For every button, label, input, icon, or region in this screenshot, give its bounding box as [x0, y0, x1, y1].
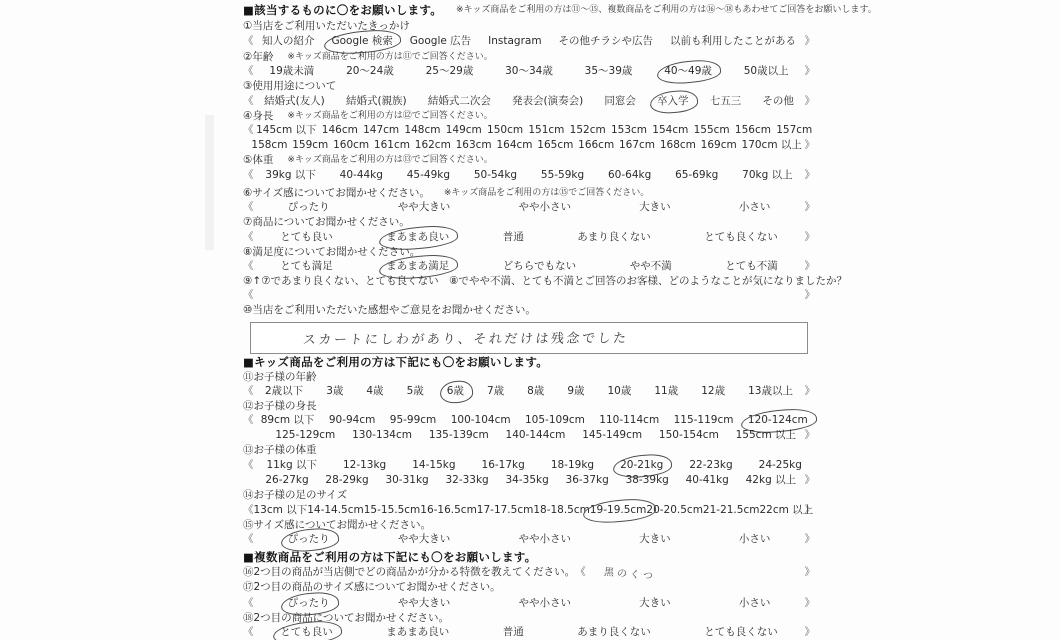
options-group: 11kg 以下12-13kg14-15kg16-17kg18-19kg20-21… [254, 459, 816, 472]
options-group: 19歳未満20～24歳25～29歳30～34歳35～39歳40～49歳50歳以上 [254, 65, 805, 78]
option: 130-134cm [352, 429, 412, 442]
option: ぴったり [288, 201, 330, 214]
open-bracket: 《 [243, 231, 254, 244]
option: 155cm [694, 124, 730, 137]
question-note: ※キッズ商品をご利用の方は⑮でご回答ください。 [444, 187, 649, 200]
answer-options-row: 《とても良いまあまあ良い普通あまり良くないとても良くない》 [243, 626, 815, 639]
answer-options-row: 《13cm 以下14-14.5cm15-15.5cm16-16.5cm17-17… [243, 504, 815, 517]
option-circled: まあまあ満足 [386, 260, 449, 273]
option: Instagram [488, 35, 541, 48]
open-bracket: 《 [243, 504, 254, 517]
option: やや大きい [398, 533, 451, 546]
close-bracket: 》 [805, 626, 816, 639]
option: 19歳未満 [269, 65, 314, 78]
options-group: ぴったりやや大きいやや小さい大きい小さい [254, 597, 805, 610]
options-group: 89cm 以下90-94cm95-99cm100-104cm105-109cm1… [254, 414, 816, 427]
answer-options-row: 《145cm 以下146cm147cm148cm149cm150cm151cm1… [243, 124, 815, 137]
option: 以前も利用したことがある [670, 35, 796, 48]
option: 157cm [776, 124, 812, 137]
option: 168cm [660, 139, 696, 152]
option: 150-154cm [659, 429, 719, 442]
close-bracket: 》 [805, 35, 816, 48]
question-note: ※キッズ商品をご利用の方は⑬でご回答ください。 [287, 154, 492, 167]
option: 50-54kg [474, 169, 517, 182]
options-group: 26-27kg28-29kg30-31kg32-33kg34-35kg36-37… [257, 474, 805, 487]
options-group: 結婚式(友人)結婚式(親族)結婚式二次会発表会(演奏会)同窓会卒入学七五三その他 [254, 95, 805, 108]
open-bracket: 《 [243, 124, 254, 137]
answer-options-row: 158cm159cm160cm161cm162cm163cm164cm165cm… [243, 139, 815, 152]
option: 知人の紹介 [262, 35, 315, 48]
option: 115-119cm [674, 414, 734, 427]
option: 発表会(演奏会) [512, 95, 583, 108]
option: 30～34歳 [505, 65, 553, 78]
options-group: 125-129cm130-134cm135-139cm140-144cm145-… [267, 429, 805, 442]
close-bracket: 》 [805, 474, 816, 487]
open-bracket: 《 [243, 533, 254, 546]
close-bracket: 》 [805, 533, 816, 546]
question-label: ⑰2つ目の商品のサイズ感についてお聞かせください。 [243, 581, 501, 594]
option: 125-129cm [275, 429, 335, 442]
option: とても満足 [280, 260, 333, 273]
option: あまり良くない [577, 626, 651, 639]
option: 10歳 [608, 385, 632, 398]
question-inline-answer-row: ⑯2つ目の商品が当店側でどの商品かが分かる特徴を教えてください。《黒のくつ》 [243, 566, 815, 579]
option: 164cm [496, 139, 532, 152]
question-label-row: ⑫お子様の身長 [243, 400, 815, 413]
question-label-row: ⑧満足度についてお聞かせください。 [243, 246, 815, 259]
option: 13歳以上 [748, 385, 793, 398]
option: 161cm [374, 139, 410, 152]
option: 50歳以上 [744, 65, 789, 78]
option: 14-14.5cm [307, 504, 364, 517]
option: 小さい [739, 597, 771, 610]
close-bracket: 》 [805, 597, 816, 610]
section-heading-note: ※キッズ商品をご利用の方は⑪～⑮、複数商品をご利用の方は⑯～⑱もあわせてご回答を… [456, 4, 877, 17]
option: 110-114cm [599, 414, 659, 427]
option: その他チラシや広告 [559, 35, 654, 48]
option: 90-94cm [329, 414, 376, 427]
question-label: ⑪お子様の年齢 [243, 371, 317, 384]
close-bracket: 》 [805, 385, 816, 398]
question-label: ③使用用途について [243, 80, 336, 93]
option: どちらでもない [503, 260, 576, 273]
option: 25～29歳 [426, 65, 474, 78]
question-label: ⑨↑⑦であまり良くない、とても良くない ⑧でやや不満、とても不満とご回答のお客様… [243, 275, 847, 288]
question-label-row: ⑰2つ目の商品のサイズ感についてお聞かせください。 [243, 581, 815, 594]
option: 普通 [503, 231, 524, 244]
option: 15-15.5cm [364, 504, 421, 517]
options-group: 145cm 以下146cm147cm148cm149cm150cm151cm15… [254, 124, 816, 137]
question-label: ①当店をご利用いただいたきっかけ [243, 20, 410, 33]
option: 普通 [503, 626, 524, 639]
option: 40-41kg [686, 474, 729, 487]
open-bracket: 《 [243, 385, 254, 398]
option: 七五三 [710, 95, 742, 108]
question-label-row: ⑭お子様の足のサイズ [243, 489, 815, 502]
option: 169cm [701, 139, 737, 152]
option: やや小さい [518, 597, 571, 610]
option: 42kg 以上 [746, 474, 796, 487]
option: 結婚式(親族) [346, 95, 407, 108]
option: 166cm [578, 139, 614, 152]
option: 16-17kg [482, 459, 525, 472]
option: 149cm [446, 124, 482, 137]
option: あまり良くない [577, 231, 651, 244]
option-circled: とても良い [280, 626, 333, 639]
question-note: ※キッズ商品をご利用の方は⑫でご回答ください。 [287, 110, 492, 123]
open-bracket: 《 [243, 201, 254, 214]
option: 156cm [735, 124, 771, 137]
option: まあまあ良い [386, 626, 449, 639]
option: 100-104cm [451, 414, 511, 427]
question-label-row: ①当店をご利用いただいたきっかけ [243, 20, 815, 33]
open-bracket: 《 [243, 169, 254, 182]
option: 18-18.5cm [533, 504, 590, 517]
option: 大きい [639, 201, 671, 214]
option: 151cm [528, 124, 564, 137]
question-label: ⑭お子様の足のサイズ [243, 489, 347, 502]
option: 65-69kg [675, 169, 718, 182]
option: 24-25kg [759, 459, 802, 472]
answer-options-row: 125-129cm130-134cm135-139cm140-144cm145-… [243, 429, 815, 442]
option: 170cm 以上 [742, 139, 802, 152]
option: 22-23kg [689, 459, 732, 472]
answer-options-row: 26-27kg28-29kg30-31kg32-33kg34-35kg36-37… [243, 474, 815, 487]
option: 146cm [322, 124, 358, 137]
handwritten-comment: スカートにしわがあり、それだけは残念でした [302, 327, 630, 348]
option-circled: まあまあ良い [386, 231, 449, 244]
question-label-row: ⑪お子様の年齢 [243, 371, 815, 384]
open-bracket: 《 [243, 597, 254, 610]
answer-options-row: 《89cm 以下90-94cm95-99cm100-104cm105-109cm… [243, 414, 815, 427]
scan-artifact-streak [205, 115, 214, 250]
answer-options-row: 《11kg 以下12-13kg14-15kg16-17kg18-19kg20-2… [243, 459, 815, 472]
close-bracket: 》 [805, 289, 816, 302]
option: 小さい [739, 533, 771, 546]
option: 105-109cm [525, 414, 585, 427]
close-bracket: 》 [805, 95, 816, 108]
option: 小さい [739, 201, 771, 214]
open-bracket: 《 [243, 65, 254, 78]
option-circled: ぴったり [288, 597, 330, 610]
option: 145-149cm [582, 429, 642, 442]
answer-options-row: 《とても良いまあまあ良い普通あまり良くないとても良くない》 [243, 231, 815, 244]
option: 21-21.5cm [703, 504, 760, 517]
open-bracket: 《 [243, 626, 254, 639]
question-label-row: ⑦商品についてお聞かせください。 [243, 216, 815, 229]
close-bracket: 》 [805, 566, 816, 579]
option: 55-59kg [541, 169, 584, 182]
option: 14-15kg [412, 459, 455, 472]
open-bracket: 《 [243, 95, 254, 108]
question-label: ⑱2つ目の商品についてお聞かせください。 [243, 612, 449, 625]
option: 16-16.5cm [420, 504, 477, 517]
options-group: 2歳以下3歳4歳5歳6歳7歳8歳9歳10歳11歳12歳13歳以上 [254, 385, 805, 398]
option: 22cm 以上 [759, 504, 813, 517]
option: 40-44kg [340, 169, 383, 182]
option: 155cm 以上 [736, 429, 796, 442]
option: 165cm [537, 139, 573, 152]
question-label: ⑫お子様の身長 [243, 400, 317, 413]
option: 89cm 以下 [261, 414, 315, 427]
option: 28-29kg [325, 474, 368, 487]
close-bracket: 》 [805, 201, 816, 214]
option: やや小さい [518, 201, 571, 214]
option: 2歳以下 [265, 385, 303, 398]
option: 153cm [611, 124, 647, 137]
question-label-row: ⑥サイズ感についてお聞かせください。※キッズ商品をご利用の方は⑮でご回答ください… [243, 187, 815, 200]
close-bracket: 》 [805, 169, 816, 182]
option: やや大きい [398, 597, 451, 610]
option: 35～39歳 [585, 65, 633, 78]
option: 13cm 以下 [254, 504, 308, 517]
options-group: ぴったりやや大きいやや小さい大きい小さい [254, 533, 805, 546]
question-label: ⑦商品についてお聞かせください。 [243, 216, 410, 229]
question-label: ⑤体重 [243, 154, 273, 167]
option: 36-37kg [566, 474, 609, 487]
option: やや不満 [630, 260, 672, 273]
option: 26-27kg [265, 474, 308, 487]
question-label-row: ⑨↑⑦であまり良くない、とても良くない ⑧でやや不満、とても不満とご回答のお客様… [243, 275, 815, 288]
option: 145cm 以下 [256, 124, 316, 137]
option: やや大きい [398, 201, 451, 214]
option: 150cm [487, 124, 523, 137]
option: 152cm [570, 124, 606, 137]
answer-options-row: 《》 [243, 289, 815, 302]
open-bracket: 《 [575, 566, 586, 579]
options-group: ぴったりやや大きいやや小さい大きい小さい [254, 201, 805, 214]
option-circled: 19-19.5cm [590, 504, 647, 517]
question-label: ⑮サイズ感についてお聞かせください。 [243, 519, 431, 532]
option: 大きい [639, 597, 671, 610]
open-bracket: 《 [243, 289, 254, 302]
answer-options-row: 《39kg 以下40-44kg45-49kg50-54kg55-59kg60-6… [243, 169, 815, 182]
open-bracket: 《 [243, 260, 254, 273]
answer-options-row: 《とても満足まあまあ満足どちらでもないやや不満とても不満》 [243, 260, 815, 273]
option: 162cm [415, 139, 451, 152]
answer-options-row: 《ぴったりやや大きいやや小さい大きい小さい》 [243, 201, 815, 214]
option: 7歳 [487, 385, 504, 398]
option: その他 [762, 95, 794, 108]
option-circled: ぴったり [288, 533, 330, 546]
option: 11歳 [654, 385, 678, 398]
option: 5歳 [407, 385, 424, 398]
option: 30-31kg [385, 474, 428, 487]
section-heading: ■キッズ商品をご利用の方は下記にも〇をお願いします。 [243, 356, 548, 369]
close-bracket: 》 [805, 429, 816, 442]
option: 60-64kg [608, 169, 651, 182]
option: 163cm [456, 139, 492, 152]
option: 147cm [363, 124, 399, 137]
option: 同窓会 [604, 95, 636, 108]
option: 39kg 以下 [265, 169, 315, 182]
question-label-row: ⑱2つ目の商品についてお聞かせください。 [243, 612, 815, 625]
option: 32-33kg [445, 474, 488, 487]
options-group: 13cm 以下14-14.5cm15-15.5cm16-16.5cm17-17.… [254, 504, 805, 517]
question-label: ⑥サイズ感についてお聞かせください。 [243, 187, 430, 200]
close-bracket: 》 [805, 260, 816, 273]
close-bracket: 》 [805, 65, 816, 78]
option: 結婚式二次会 [428, 95, 491, 108]
option: 135-139cm [429, 429, 489, 442]
option: とても不満 [725, 260, 778, 273]
option: 148cm [404, 124, 440, 137]
option: 11kg 以下 [267, 459, 317, 472]
option: 12-13kg [343, 459, 386, 472]
option: 8歳 [527, 385, 544, 398]
option: やや小さい [518, 533, 571, 546]
option-circled: 40～49歳 [664, 65, 712, 78]
option: 20-20.5cm [646, 504, 703, 517]
option: とても良い [280, 231, 333, 244]
section-heading: ■複数商品をご利用の方は下記にも〇をお願いします。 [243, 551, 536, 564]
question-note: ※キッズ商品をご利用の方は⑪でご回答ください。 [287, 51, 492, 64]
question-label-row: ②年齢※キッズ商品をご利用の方は⑪でご回答ください。 [243, 51, 815, 64]
open-bracket: 《 [243, 459, 254, 472]
close-bracket: 》 [805, 231, 816, 244]
question-label-row: ⑮サイズ感についてお聞かせください。 [243, 519, 815, 532]
open-bracket: 《 [243, 35, 254, 48]
option: 45-49kg [407, 169, 450, 182]
option: 17-17.5cm [477, 504, 534, 517]
scanned-survey-page: ■該当するものに〇をお願いします。※キッズ商品をご利用の方は⑪～⑮、複数商品をご… [0, 0, 1060, 640]
option: 12歳 [701, 385, 725, 398]
section-heading-row: ■複数商品をご利用の方は下記にも〇をお願いします。 [243, 551, 1053, 564]
question-label: ⑩当店をご利用いただいた感想やご意見をお聞かせください。 [243, 304, 536, 317]
option: 38-39kg [626, 474, 669, 487]
option: 159cm [292, 139, 328, 152]
option: 9歳 [567, 385, 584, 398]
options-group: とても満足まあまあ満足どちらでもないやや不満とても不満 [254, 260, 805, 273]
option: 95-99cm [390, 414, 437, 427]
options-group: とても良いまあまあ良い普通あまり良くないとても良くない [254, 231, 805, 244]
option: 158cm [251, 139, 287, 152]
answer-options-row: 《2歳以下3歳4歳5歳6歳7歳8歳9歳10歳11歳12歳13歳以上》 [243, 385, 815, 398]
question-label: ⑧満足度についてお聞かせください。 [243, 246, 420, 259]
question-label: ②年齢 [243, 51, 273, 64]
section-heading-row: ■該当するものに〇をお願いします。※キッズ商品をご利用の方は⑪～⑮、複数商品をご… [243, 4, 1053, 17]
option-circled: 6歳 [447, 385, 464, 398]
option: 結婚式(友人) [264, 95, 325, 108]
section-heading: ■該当するものに〇をお願いします。 [243, 4, 442, 17]
question-label-row: ⑬お子様の体重 [243, 444, 815, 457]
option: とても良くない [704, 231, 778, 244]
answer-options-row: 《結婚式(友人)結婚式(親族)結婚式二次会発表会(演奏会)同窓会卒入学七五三その… [243, 95, 815, 108]
options-group: 39kg 以下40-44kg45-49kg50-54kg55-59kg60-64… [254, 169, 805, 182]
question-label-row: ⑤体重※キッズ商品をご利用の方は⑬でご回答ください。 [243, 154, 815, 167]
option-circled: 120-124cm [748, 414, 808, 427]
question-label: ④身長 [243, 110, 273, 123]
option: 70kg 以上 [742, 169, 792, 182]
option: 167cm [619, 139, 655, 152]
question-label-row: ③使用用途について [243, 80, 815, 93]
answer-options-row: 《19歳未満20～24歳25～29歳30～34歳35～39歳40～49歳50歳以… [243, 65, 815, 78]
open-bracket: 《 [243, 414, 254, 427]
option-circled: 20-21kg [620, 459, 663, 472]
option: 大きい [639, 533, 671, 546]
question-label: ⑬お子様の体重 [243, 444, 317, 457]
answer-options-row: 《知人の紹介Google 検索Google 広告Instagramその他チラシや… [243, 35, 815, 48]
question-label-row: ④身長※キッズ商品をご利用の方は⑫でご回答ください。 [243, 110, 815, 123]
option: とても良くない [704, 626, 778, 639]
options-group: とても良いまあまあ良い普通あまり良くないとても良くない [254, 626, 805, 639]
option: 18-19kg [551, 459, 594, 472]
option: 154cm [652, 124, 688, 137]
option: 4歳 [366, 385, 383, 398]
section-heading-row: ■キッズ商品をご利用の方は下記にも〇をお願いします。 [243, 356, 1053, 369]
option-circled: 卒入学 [657, 95, 689, 108]
option: 3歳 [326, 385, 343, 398]
option: 34-35kg [506, 474, 549, 487]
option-circled: Google 検索 [331, 35, 392, 48]
option: 160cm [333, 139, 369, 152]
question-label-row: ⑩当店をご利用いただいた感想やご意見をお聞かせください。 [243, 304, 815, 317]
option: 140-144cm [506, 429, 566, 442]
close-bracket: 》 [805, 139, 816, 152]
options-group: 知人の紹介Google 検索Google 広告Instagramその他チラシや広… [254, 35, 805, 48]
answer-options-row: 《ぴったりやや大きいやや小さい大きい小さい》 [243, 533, 815, 546]
option: Google 広告 [410, 35, 471, 48]
options-group: 158cm159cm160cm161cm162cm163cm164cm165cm… [249, 139, 805, 152]
free-comment-box: スカートにしわがあり、それだけは残念でした [250, 322, 808, 354]
question-label: ⑯2つ目の商品が当店側でどの商品かが分かる特徴を教えてください。 [243, 566, 575, 579]
option: 20～24歳 [346, 65, 394, 78]
answer-options-row: 《ぴったりやや大きいやや小さい大きい小さい》 [243, 597, 815, 610]
